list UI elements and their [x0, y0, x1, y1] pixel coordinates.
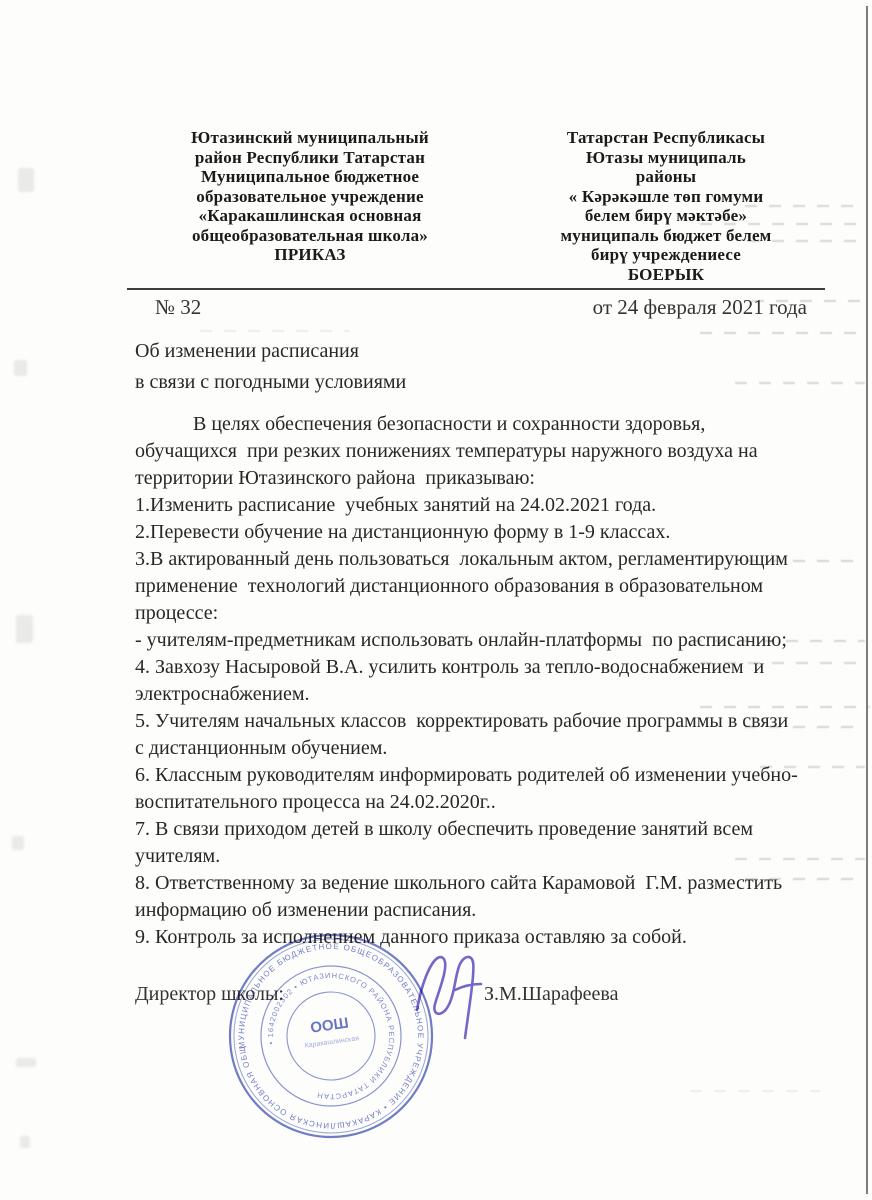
- letterhead-line: район Республики Татарстан: [135, 148, 485, 168]
- body-line: с дистанционным обучением.: [135, 735, 832, 762]
- letterhead-line: ПРИКАЗ: [135, 245, 485, 265]
- order-subject: Об изменении расписанияв связи с погодны…: [135, 336, 832, 398]
- body-line: 2.Перевести обучение на дистанционную фо…: [135, 519, 832, 546]
- letterhead-line: «Каракашлинская основная: [135, 206, 485, 226]
- body-line: 6. Классным руководителям информировать …: [135, 762, 832, 789]
- body-line: 5. Учителям начальных классов корректиро…: [135, 708, 832, 735]
- body-line: процессе:: [135, 600, 832, 627]
- scan-artifact: [20, 1136, 30, 1148]
- stamp-center-small-text: Каракашлинская: [304, 1035, 359, 1050]
- divider-line: [127, 288, 825, 290]
- letterhead-line: районы: [500, 167, 832, 187]
- scan-artifact: [16, 1058, 36, 1067]
- body-line: В целях обеспечения безопасности и сохра…: [135, 411, 832, 438]
- handwritten-signature: [405, 938, 505, 1053]
- letterhead-russian: Ютазинский муниципальныйрайон Республики…: [135, 128, 485, 265]
- letterhead-line: белем бирү мәктәбе»: [500, 206, 832, 226]
- letterhead-line: муниципаль бюджет белем: [500, 226, 832, 246]
- order-date: от 24 февраля 2021 года: [593, 294, 807, 320]
- body-line: учителям.: [135, 843, 832, 870]
- scan-artifact: [690, 1090, 820, 1092]
- body-line: 1.Изменить расписание учебных занятий на…: [135, 492, 832, 519]
- body-line: 8. Ответственному за ведение школьного с…: [135, 870, 832, 897]
- body-line: 4. Завхозу Насыровой В.А. усилить контро…: [135, 654, 832, 681]
- letterhead-line: общеобразовательная школа»: [135, 226, 485, 246]
- letterhead: Ютазинский муниципальныйрайон Республики…: [135, 128, 832, 284]
- order-number: № 32: [155, 294, 201, 320]
- letterhead-line: Ютазы муниципаль: [500, 148, 832, 168]
- body-line: территории Ютазинского района приказываю…: [135, 465, 832, 492]
- body-line: 3.В актированный день пользоваться локал…: [135, 546, 832, 573]
- body-line: обучащихся при резких понижениях темпера…: [135, 438, 832, 465]
- order-meta: № 32 от 24 февраля 2021 года: [135, 294, 832, 320]
- subject-line: в связи с погодными условиями: [135, 367, 832, 398]
- svg-text:• 1642002302 • ЮТАЗИНСКОГО РАЙ: • 1642002302 • ЮТАЗИНСКОГО РАЙОНА РЕСПУБ…: [258, 963, 405, 1110]
- body-line: применение технологий дистанционного обр…: [135, 573, 832, 600]
- letterhead-line: БОЕРЫК: [500, 265, 832, 285]
- document-page: Ютазинский муниципальныйрайон Республики…: [0, 0, 872, 1200]
- letterhead-line: Татарстан Республикасы: [500, 128, 832, 148]
- body-line: воспитательного процесса на 24.02.2020г.…: [135, 789, 832, 816]
- body-line: 7. В связи приходом детей в школу обеспе…: [135, 816, 832, 843]
- stamp-ring-text-inner: • 1642002302 • ЮТАЗИНСКОГО РАЙОНА РЕСПУБ…: [258, 963, 405, 1110]
- letterhead-line: Муниципальное бюджетное: [135, 167, 485, 187]
- body-line: - учителям-предметникам использовать онл…: [135, 627, 832, 654]
- order-body: В целях обеспечения безопасности и сохра…: [135, 411, 832, 951]
- subject-line: Об изменении расписания: [135, 336, 832, 367]
- letterhead-line: Ютазинский муниципальный: [135, 128, 485, 148]
- stamp-center-text: ООШ: [309, 1015, 349, 1037]
- letterhead-line: образовательное учреждение: [135, 187, 485, 207]
- letterhead-tatar: Татарстан РеспубликасыЮтазы муниципальра…: [500, 128, 832, 284]
- body-line: информацию об изменении расписания.: [135, 897, 832, 924]
- body-line: электроснабжением.: [135, 681, 832, 708]
- letterhead-line: бирү учреждениесе: [500, 245, 832, 265]
- letterhead-line: « Кәрәкәшле төп гомуми: [500, 187, 832, 207]
